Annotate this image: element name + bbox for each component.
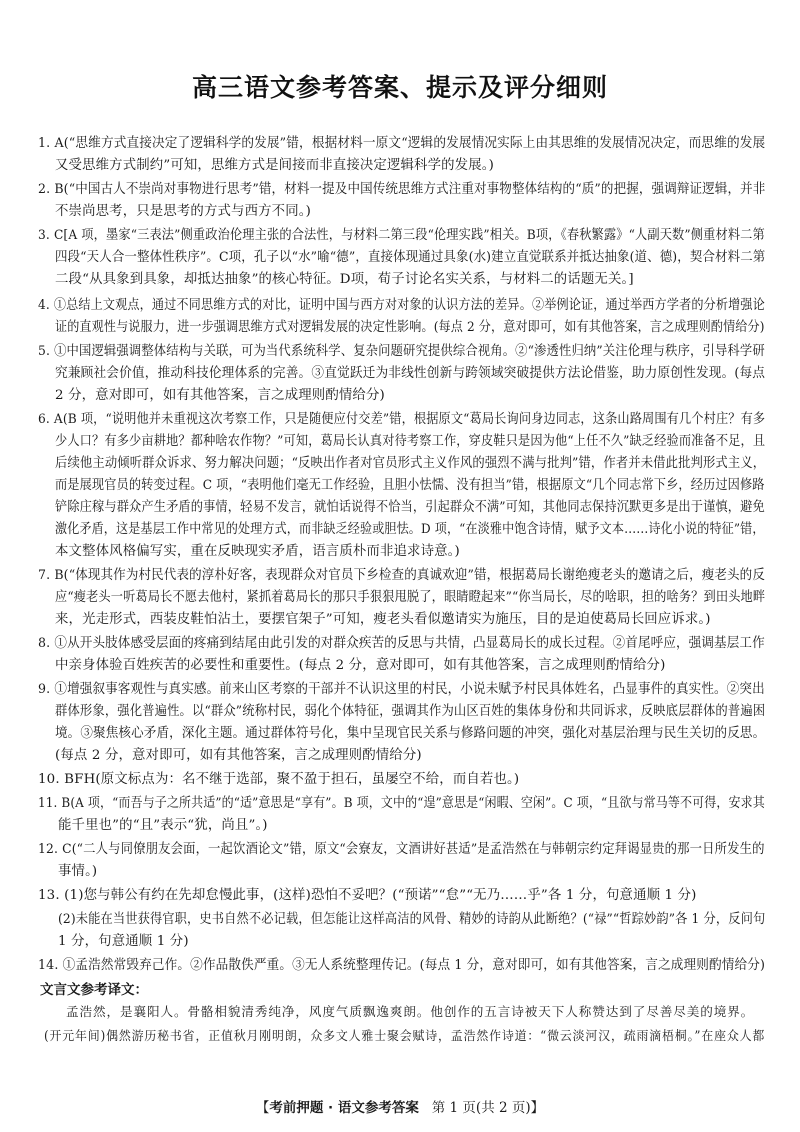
answer-6-line-7: 本文整体风格偏写实，重在反映现实矛盾，语言质朴而非追求诗意。) xyxy=(55,542,460,562)
translation-line-1: 孟浩然，是襄阳人。骨骼相貌清秀纯净，风度气质飘逸爽朗。他创作的五言诗被天下人称赞… xyxy=(66,1002,754,1022)
answer-5-line-3: 2 分，意对即可，如有其他答案，言之成理则酌情给分) xyxy=(55,386,385,406)
answer-1-line-1: 1. A(“思维方式直接决定了逻辑科学的发展”错，根据材料一原文“逻辑的发展情况… xyxy=(38,134,765,154)
answer-3-line-2: 四段“天人合一整体性秩序”。C项，孔子以“水”喻“德”，直接体现通过具象(水)建… xyxy=(55,248,765,268)
answer-9-line-4: (每点 2 分，意对即可，如有其他答案，言之成理则酌情给分) xyxy=(55,746,422,766)
answer-6-line-5: 铲除庄稼与群众产生矛盾的事情，轻易不发言，就怕话说得不恰当，引起群众不满”可知，… xyxy=(55,498,765,518)
answer-7-line-1: 7. B(“体现其作为村民代表的淳朴好客，表现群众对官员下乡检查的真诚欢迎”错，… xyxy=(38,566,765,586)
answer-9-line-3: 境。③聚焦核心矛盾，深化主题。通过群体符号化，集中呈现官民关系与修路问题的冲突，… xyxy=(55,724,765,744)
answer-2-line-2: 不崇尚思考，只是思考的方式与西方不同。) xyxy=(55,202,311,222)
answer-4-line-2: 证的直观性与说服力，进一步强调思维方式对逻辑发展的决定性影响。(每点 2 分，意… xyxy=(55,318,765,338)
answer-2-line-1: 2. B(“中国古人不崇尚对事物进行思考”错，材料一提及中国传统思维方式注重对事… xyxy=(38,180,765,200)
answer-3-line-3: 二段“从具象到具象，却抵达抽象”的核心特征。D项，荀子讨论名实关系，与材料二的话… xyxy=(55,270,634,290)
answer-6-line-2: 少人口？有多少亩耕地？都种啥农作物？”可知，葛局长认真对待考察工作，穿皮鞋只是因… xyxy=(55,432,765,452)
translation-heading: 文言文参考译文： xyxy=(40,978,148,998)
answer-7-line-2: 应“瘦老头一听葛局长不愿去他村，紧抓着葛局长的那只手狠狠甩脱了，眼睛瞪起来”“你… xyxy=(55,588,765,608)
answer-7-line-3: 来，光走形式，西装皮鞋怕沾土，要摆官架子”可知，瘦老头看似邀请实为施压，目的是迫… xyxy=(55,610,711,630)
answer-8-line-2: 中亲身体验百姓疾苦的必要性和重要性。(每点 2 分，意对即可，如有其他答案，言之… xyxy=(55,656,665,676)
answer-6-line-4: 而是展现官员的转变过程。C 项，“表明他们毫无工作经验，且胆小怯懦、没有担当”错… xyxy=(55,476,765,496)
answer-14-line-1: 14. ①孟浩然常毁弃己作。②作品散佚严重。③无人系统整理传记。(每点 1 分，… xyxy=(38,956,765,976)
answer-11-line-1: 11. B(A 项，“而吾与子之所共适”的“适”意思是“享有”。B 项，文中的“… xyxy=(38,794,765,814)
page-title: 高三语文参考答案、提示及评分细则 xyxy=(0,68,800,104)
answer-13-line-3: 1 分，句意通顺 1 分) xyxy=(58,932,189,952)
answer-13-line-2: (2)未能在当世获得官职，史书自然不必记载，但怎能让这样高洁的风骨、精妙的诗韵从… xyxy=(58,910,765,930)
answer-4-line-1: 4. ①总结上文观点，通过不同思维方式的对比，证明中国与西方对对象的认识方法的差… xyxy=(38,296,765,316)
answer-9-line-2: 群体形象，强化普遍性。以“群众”统称村民，弱化个体特征，强调其作为山区百姓的集体… xyxy=(55,702,765,722)
answer-13-line-1: 13. (1)您与韩公有约在先却怠慢此事，(这样)恐怕不妥吧？(“预诺”“怠”“… xyxy=(38,886,697,906)
answer-11-line-2: 能千里也”的“且”表示“犹，尚且”。) xyxy=(58,816,268,836)
page-footer: 【考前押题 · 语文参考答案 第 1 页(共 2 页)】 xyxy=(0,1096,800,1116)
answer-8-line-1: 8. ①从开头肢体感受层面的疼痛到结尾由此引发的对群众疾苦的反思与共情，凸显葛局… xyxy=(38,634,765,654)
answer-6-line-3: 后续他主动倾听群众诉求、努力解决问题；“反映出作者对官员形式主义作风的强烈不满与… xyxy=(55,454,765,474)
answer-10-line-1: 10. BFH(原文标点为：名不继于选部，聚不盈于担石，虽屡空不给，而自若也。) xyxy=(38,770,519,790)
answer-6-line-1: 6. A(B 项，“说明他并未重视这次考察工作，只是随便应付交差”错，根据原文“… xyxy=(38,410,765,430)
answer-12-line-2: 事情。) xyxy=(58,862,97,882)
footer-right-bracket: 】 xyxy=(531,1100,545,1116)
answer-6-line-6: 激化矛盾，这是基层工作中常见的处理方式，而非缺乏经验或胆怯。D 项，“在淡雅中饱… xyxy=(55,520,765,540)
footer-left-bracket: 【 xyxy=(256,1100,270,1116)
answer-12-line-1: 12. C(“二人与同僚朋友会面，一起饮酒论文”错，原文“会寮友，文酒讲好甚适”… xyxy=(38,840,765,860)
answer-5-line-1: 5. ①中国逻辑强调整体结构与关联，可为当代系统科学、复杂问题研究提供综合视角。… xyxy=(38,342,765,362)
answer-9-line-1: 9. ①增强叙事客观性与真实感。前来山区考察的干部并不认识这里的村民，小说未赋予… xyxy=(38,680,765,700)
footer-page-number: 第 1 页(共 2 页) xyxy=(432,1100,531,1116)
answer-3-line-1: 3. C[A 项，墨家“三表法”侧重政治伦理主张的合法性，与材料二第三段“伦理实… xyxy=(38,226,765,246)
answer-5-line-2: 究兼顾社会价值，推动科技伦理体系的完善。③直觉跃迁为非线性创新与跨领域突破提供方… xyxy=(55,364,765,384)
answer-1-line-2: 又受思维方式制约”可知，思维方式是间接而非直接决定逻辑科学的发展。) xyxy=(55,156,494,176)
translation-line-2: (开元年间)偶然游历秘书省，正值秋月刚明朗，众多文人雅士聚会赋诗，孟浩然作诗道：… xyxy=(44,1026,765,1046)
footer-series: 考前押题 · 语文参考答案 xyxy=(269,1100,419,1116)
